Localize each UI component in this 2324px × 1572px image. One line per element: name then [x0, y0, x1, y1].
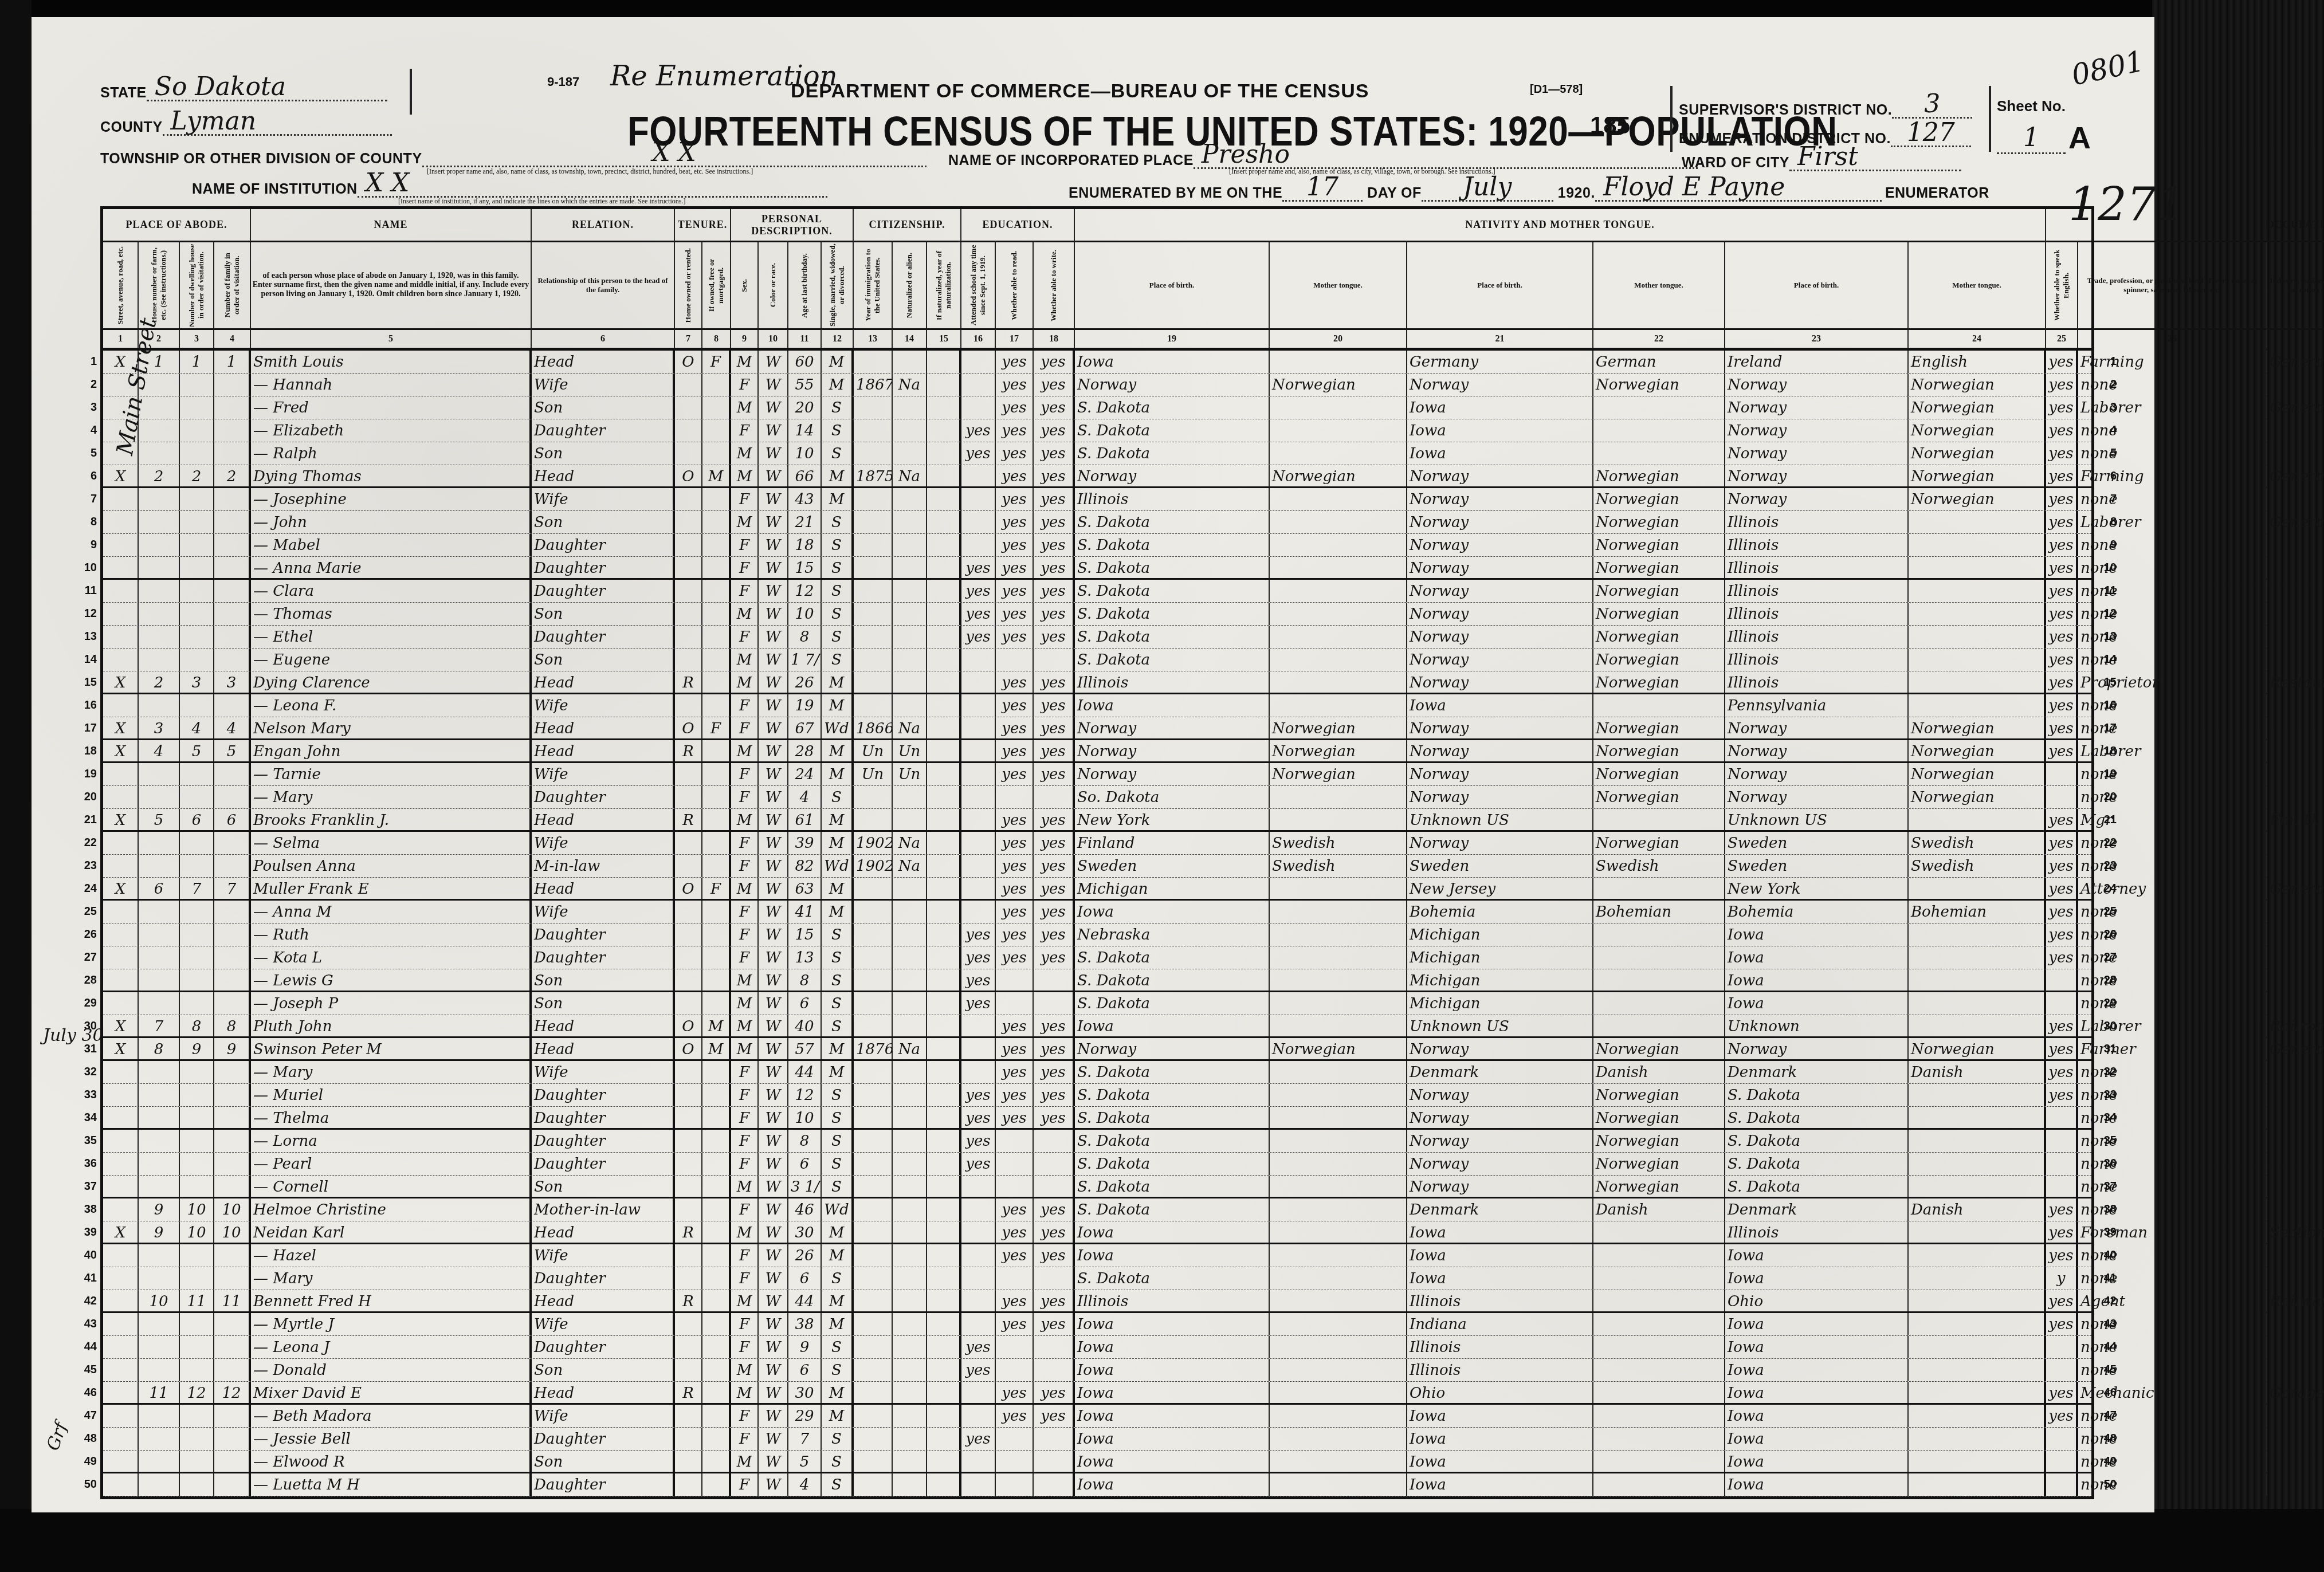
cell-rel: Son [532, 1451, 675, 1472]
line-number: 38 [77, 1203, 97, 1216]
cell-name: — Ralph [251, 442, 532, 465]
form-number: 9-187 [547, 74, 579, 89]
cell-sex: F [731, 534, 759, 556]
cell-natyr [927, 1451, 961, 1472]
cell-name: — Beth Madora [251, 1405, 532, 1427]
cell-name: — Ethel [251, 626, 532, 648]
cell-rel: Daughter [532, 534, 675, 556]
cell-write: yes [1034, 1290, 1075, 1311]
cell-rel: Daughter [532, 923, 675, 946]
cell-st [103, 649, 139, 671]
table-row: — Kota LDaughterFW13SyesyesyesS. DakotaM… [103, 946, 2091, 969]
cell-mort [702, 832, 731, 854]
cell-family [214, 901, 251, 923]
line-number: 23 [77, 859, 97, 873]
cell-school [961, 1290, 996, 1311]
cell-pob: Iowa [1075, 694, 1270, 717]
line-number: 23 [2097, 859, 2117, 873]
cell-st [103, 1473, 139, 1496]
cell-write: yes [1034, 809, 1075, 830]
table-header: PLACE OF ABODE.NAMERELATION.TENURE.PERSO… [103, 209, 2091, 351]
cell-mar: S [822, 419, 854, 442]
cell-ftongue [1593, 396, 1725, 419]
cell-age: 61 [788, 809, 822, 830]
cell-own [675, 1451, 702, 1472]
cell-family: 5 [214, 740, 251, 761]
line-number: 34 [2097, 1111, 2117, 1125]
cell-house [139, 488, 180, 510]
column-header-label: Mother tongue. [1313, 281, 1363, 290]
cell-name: — Leona J [251, 1336, 532, 1358]
cell-sex: F [731, 1473, 759, 1496]
cell-pob: S. Dakota [1075, 534, 1270, 556]
cell-race: W [759, 1107, 788, 1128]
cell-ftongue: Danish [1593, 1198, 1725, 1221]
cell-pob: S. Dakota [1075, 396, 1270, 419]
cell-race: W [759, 1359, 788, 1381]
cell-st: X [103, 740, 139, 761]
cell-school [961, 740, 996, 761]
line-number: 9 [77, 539, 97, 552]
cell-tongue [1270, 786, 1407, 808]
cell-imm [854, 969, 893, 991]
cell-house: 6 [139, 878, 180, 899]
cell-name: — Lorna [251, 1130, 532, 1152]
state-value: So Dakota [147, 74, 387, 101]
cell-st [103, 763, 139, 785]
cell-family: 12 [214, 1382, 251, 1403]
cell-sex: M [731, 969, 759, 991]
cell-sex: F [731, 855, 759, 877]
cell-nat [893, 1153, 927, 1175]
cell-mar: M [822, 671, 854, 693]
cell-imm [854, 923, 893, 946]
cell-race: W [759, 580, 788, 602]
cell-age: 21 [788, 511, 822, 533]
cell-sex: F [731, 1084, 759, 1106]
cell-eng: yes [2046, 351, 2078, 373]
cell-imm: 1902 [854, 832, 893, 854]
cell-race: W [759, 351, 788, 373]
cell-race: W [759, 1084, 788, 1106]
cell-family [214, 1405, 251, 1427]
cell-house [139, 946, 180, 969]
cell-st [103, 1107, 139, 1128]
cell-tongue [1270, 351, 1407, 373]
cell-family [214, 511, 251, 533]
cell-mort [702, 1359, 731, 1381]
cell-mtongue [1909, 1084, 2046, 1106]
cell-natyr [927, 1290, 961, 1311]
table-row: X788Pluth JohnHeadOMMW40SyesyesIowaUnkno… [103, 1015, 2091, 1038]
column-header: of each person whose place of abode on J… [251, 242, 532, 328]
cell-eng: yes [2046, 923, 2078, 946]
cell-dwelling [180, 419, 214, 442]
cell-natyr [927, 786, 961, 808]
cell-name: — Hannah [251, 374, 532, 396]
cell-name: — Jessie Bell [251, 1428, 532, 1450]
cell-mtongue: Norwegian [1909, 786, 2046, 808]
cell-imm [854, 671, 893, 693]
cell-ftongue: Norwegian [1593, 1176, 1725, 1197]
cell-rel: Head [532, 1038, 675, 1059]
cell-school [961, 1221, 996, 1243]
column-number: 26 [2078, 328, 2267, 348]
incorporated-label: Name of incorporated place [948, 152, 1194, 169]
cell-imm: 1867 [854, 374, 893, 396]
cell-rel: Head [532, 717, 675, 738]
cell-tongue [1270, 1405, 1407, 1427]
cell-mtongue: Norwegian [1909, 488, 2046, 510]
cell-nat [893, 1336, 927, 1358]
cell-mar: Wd [822, 717, 854, 738]
cell-tongue [1270, 946, 1407, 969]
cell-mtongue [1909, 1405, 2046, 1427]
cell-house [139, 557, 180, 578]
cell-dwelling [180, 626, 214, 648]
cell-mpob: Iowa [1725, 1451, 1909, 1472]
cell-house: 5 [139, 809, 180, 830]
cell-mort [702, 740, 731, 761]
cell-family: 10 [214, 1221, 251, 1243]
column-header-label: Number of family in order of visitation. [223, 243, 241, 327]
cell-race: W [759, 1198, 788, 1221]
enumeration-value: 127 [1891, 120, 1971, 147]
cell-eng [2046, 1428, 2078, 1450]
cell-mar: S [822, 969, 854, 991]
cell-st [103, 1359, 139, 1381]
cell-rel: Head [532, 1290, 675, 1311]
cell-family [214, 396, 251, 419]
cell-imm: Un [854, 763, 893, 785]
cell-school [961, 351, 996, 373]
cell-mtongue [1909, 1153, 2046, 1175]
line-number: 1 [77, 355, 97, 368]
table-row: — CornellSonMW3 1/12SS. DakotaNorwayNorw… [103, 1176, 2091, 1198]
cell-family: 2 [214, 465, 251, 486]
cell-school: yes [961, 442, 996, 465]
cell-tongue: Norwegian [1270, 465, 1407, 486]
cell-family: 3 [214, 671, 251, 693]
cell-write: yes [1034, 901, 1075, 923]
cell-school: yes [961, 626, 996, 648]
line-number: 35 [2097, 1134, 2117, 1147]
cell-dwelling [180, 1176, 214, 1197]
cell-age: 67 [788, 717, 822, 738]
cell-pob: Norway [1075, 374, 1270, 396]
cell-read: yes [996, 901, 1034, 923]
cell-fpob: Norway [1407, 1107, 1593, 1128]
cell-mpob: Norway [1725, 465, 1909, 486]
cell-school: yes [961, 603, 996, 625]
line-number: 17 [2097, 722, 2117, 735]
cell-school [961, 1015, 996, 1036]
column-header-label: Trade, profession, or particular kind of… [2079, 276, 2265, 294]
line-number: 20 [77, 791, 97, 804]
institution-value: X X [358, 171, 827, 198]
enumerated-label: Enumerated by me on the [1069, 185, 1282, 202]
cell-tongue [1270, 1382, 1407, 1403]
enumerated-date-field: Enumerated by me on the 17 day of July 1… [1069, 175, 1989, 202]
cell-own [675, 1084, 702, 1106]
ward-field: Ward of city First [1682, 144, 1961, 171]
cell-fpob: Norway [1407, 649, 1593, 671]
cell-race: W [759, 534, 788, 556]
cell-family [214, 1176, 251, 1197]
district-code: [D1—578] [1530, 83, 1583, 96]
cell-eng: yes [2046, 626, 2078, 648]
column-header: Home owned or rented. [675, 242, 702, 328]
cell-rel: Daughter [532, 580, 675, 602]
cell-natyr [927, 1382, 961, 1403]
cell-tongue [1270, 1290, 1407, 1311]
cell-ftongue [1593, 1290, 1725, 1311]
cell-eng: yes [2046, 465, 2078, 486]
cell-age: 7 [788, 1428, 822, 1450]
cell-age: 10 [788, 1107, 822, 1128]
cell-pob: Norway [1075, 740, 1270, 761]
cell-family [214, 534, 251, 556]
cell-name: — Muriel [251, 1084, 532, 1106]
cell-family [214, 1244, 251, 1267]
cell-pob: S. Dakota [1075, 992, 1270, 1015]
cell-school [961, 832, 996, 854]
cell-industry [2267, 763, 2324, 785]
cell-dwelling [180, 603, 214, 625]
cell-natyr [927, 671, 961, 693]
column-number: 8 [702, 328, 731, 348]
county-label: County [100, 119, 163, 136]
cell-mpob: New York [1725, 878, 1909, 899]
cell-dwelling [180, 1428, 214, 1450]
cell-st [103, 694, 139, 717]
cell-industry [2267, 534, 2324, 556]
table-row: — Lewis GSonMW8SyesS. DakotaMichiganIowa… [103, 969, 2091, 992]
cell-family [214, 832, 251, 854]
line-number: 27 [77, 951, 97, 964]
cell-eng: yes [2046, 1405, 2078, 1427]
cell-rel: Son [532, 1176, 675, 1197]
line-number: 30 [2097, 1020, 2117, 1033]
cell-fpob: Norway [1407, 717, 1593, 738]
cell-own: O [675, 465, 702, 486]
cell-ftongue: Norwegian [1593, 1084, 1725, 1106]
cell-st [103, 992, 139, 1015]
cell-eng: yes [2046, 1038, 2078, 1059]
cell-mtongue [1909, 969, 2046, 991]
column-header: House number or farm, etc. (See instruct… [139, 242, 180, 328]
cell-industry [2267, 580, 2324, 602]
cell-imm [854, 1267, 893, 1290]
cell-age: 28 [788, 740, 822, 761]
cell-school [961, 855, 996, 877]
cell-age: 8 [788, 626, 822, 648]
cell-family: 8 [214, 1015, 251, 1036]
cell-industry [2267, 923, 2324, 946]
cell-mpob: Denmark [1725, 1198, 1909, 1221]
table-row: — Leona JDaughterFW9SyesIowaIllinoisIowa… [103, 1336, 2091, 1359]
cell-natyr [927, 1198, 961, 1221]
cell-mpob: Norway [1725, 374, 1909, 396]
cell-read: yes [996, 1198, 1034, 1221]
cell-eng: yes [2046, 1244, 2078, 1267]
cell-rel: Son [532, 1359, 675, 1381]
cell-age: 57 [788, 1038, 822, 1059]
cell-race: W [759, 1451, 788, 1472]
cell-name: — Elizabeth [251, 419, 532, 442]
cell-industry [2267, 1084, 2324, 1106]
cell-imm [854, 1451, 893, 1472]
cell-fpob: Iowa [1407, 442, 1593, 465]
cell-mar: S [822, 1267, 854, 1290]
cell-mar: S [822, 946, 854, 969]
cell-natyr [927, 694, 961, 717]
cell-mpob: Iowa [1725, 946, 1909, 969]
cell-ftongue [1593, 1336, 1725, 1358]
line-number: 26 [77, 928, 97, 941]
cell-mar: M [822, 878, 854, 899]
cell-mort [702, 1244, 731, 1267]
column-header: Whether able to read. [996, 242, 1034, 328]
column-group-header: EDUCATION. [961, 209, 1075, 242]
cell-dwelling: 10 [180, 1198, 214, 1221]
cell-mar: S [822, 1359, 854, 1381]
cell-age: 24 [788, 763, 822, 785]
cell-own [675, 580, 702, 602]
cell-read: yes [996, 923, 1034, 946]
cell-mort [702, 1290, 731, 1311]
cell-mpob: Norway [1725, 717, 1909, 738]
cell-nat [893, 1244, 927, 1267]
line-number: 25 [77, 905, 97, 918]
column-header: Single, married, widowed, or divorced. [822, 242, 854, 328]
cell-nat [893, 419, 927, 442]
cell-tongue [1270, 557, 1407, 578]
cell-ftongue [1593, 1382, 1725, 1403]
incorporated-value: Presho [1194, 142, 1698, 169]
cell-mpob: Norway [1725, 442, 1909, 465]
cell-dwelling [180, 534, 214, 556]
column-header-label: Sex. [740, 279, 749, 292]
line-number: 13 [2097, 630, 2117, 643]
table-row: X233Dying ClarenceHeadRMW26MyesyesIllino… [103, 671, 2091, 694]
cell-eng: yes [2046, 649, 2078, 671]
cell-name: — Kota L [251, 946, 532, 969]
column-header-label: Relationship of this person to the head … [533, 276, 673, 294]
cell-mtongue [1909, 1290, 2046, 1311]
cell-imm: 1875 [854, 465, 893, 486]
cell-tongue [1270, 1267, 1407, 1290]
cell-mpob: Unknown US [1725, 809, 1909, 830]
line-number: 7 [2097, 493, 2117, 506]
cell-eng: yes [2046, 488, 2078, 510]
cell-write: yes [1034, 763, 1075, 785]
line-number: 45 [77, 1363, 97, 1377]
column-number: 10 [759, 328, 788, 348]
cell-dwelling: 8 [180, 1015, 214, 1036]
cell-write [1034, 649, 1075, 671]
cell-house [139, 1061, 180, 1083]
cell-name: — Selma [251, 832, 532, 854]
cell-mtongue [1909, 1313, 2046, 1335]
cell-pob: S. Dakota [1075, 1153, 1270, 1175]
column-number: 18 [1034, 328, 1075, 348]
cell-age: 4 [788, 1473, 822, 1496]
cell-race: W [759, 1038, 788, 1059]
cell-rel: Daughter [532, 1107, 675, 1128]
cell-write [1034, 1153, 1075, 1175]
state-label: State [100, 85, 147, 101]
cell-pob: Norway [1075, 465, 1270, 486]
cell-eng: yes [2046, 396, 2078, 419]
cell-race: W [759, 832, 788, 854]
column-header-label: Mother tongue. [1952, 281, 2001, 290]
cell-rel: Mother-in-law [532, 1198, 675, 1221]
cell-dwelling: 1 [180, 351, 214, 373]
column-header: Number of family in order of visitation. [214, 242, 251, 328]
cell-house [139, 992, 180, 1015]
cell-family [214, 488, 251, 510]
cell-dwelling: 11 [180, 1290, 214, 1311]
line-number: 22 [2097, 836, 2117, 850]
cell-nat [893, 1382, 927, 1403]
cell-sex: F [731, 901, 759, 923]
cell-mar: M [822, 1244, 854, 1267]
cell-st [103, 1267, 139, 1290]
cell-fpob: Germany [1407, 351, 1593, 373]
cell-nat [893, 1015, 927, 1036]
cell-dwelling: 9 [180, 1038, 214, 1059]
cell-nat [893, 649, 927, 671]
cell-name: — Mary [251, 786, 532, 808]
cell-race: W [759, 763, 788, 785]
line-number: 50 [2097, 1478, 2117, 1491]
cell-write [1034, 1130, 1075, 1152]
cell-natyr [927, 396, 961, 419]
cell-dwelling: 3 [180, 671, 214, 693]
cell-write: yes [1034, 1015, 1075, 1036]
cell-name: Poulsen Anna [251, 855, 532, 877]
table-row: — SelmaWifeFW39M1902NayesyesFinlandSwedi… [103, 832, 2091, 855]
line-number: 46 [2097, 1386, 2117, 1400]
cell-age: 12 [788, 1084, 822, 1106]
cell-race: W [759, 442, 788, 465]
cell-natyr [927, 488, 961, 510]
cell-rel: Daughter [532, 786, 675, 808]
cell-eng [2046, 1336, 2078, 1358]
cell-ftongue [1593, 1244, 1725, 1267]
table-row: — FredSonMW20SyesyesS. DakotaIowaNorwayN… [103, 396, 2091, 419]
cell-mar: Wd [822, 1198, 854, 1221]
cell-read: yes [996, 442, 1034, 465]
cell-mtongue: Norwegian [1909, 763, 2046, 785]
cell-eng: yes [2046, 809, 2078, 830]
cell-rel: Daughter [532, 626, 675, 648]
cell-ftongue: Norwegian [1593, 1038, 1725, 1059]
cell-write: yes [1034, 694, 1075, 717]
cell-sex: M [731, 1015, 759, 1036]
cell-tongue [1270, 992, 1407, 1015]
cell-sex: F [731, 626, 759, 648]
cell-pob: S. Dakota [1075, 511, 1270, 533]
cell-pob: Iowa [1075, 351, 1270, 373]
line-number: 42 [2097, 1295, 2117, 1308]
cell-natyr [927, 1221, 961, 1243]
cell-industry [2267, 717, 2324, 738]
margin-bottom-note: Grf [43, 1420, 72, 1453]
cell-fpob: Sweden [1407, 855, 1593, 877]
cell-natyr [927, 1153, 961, 1175]
